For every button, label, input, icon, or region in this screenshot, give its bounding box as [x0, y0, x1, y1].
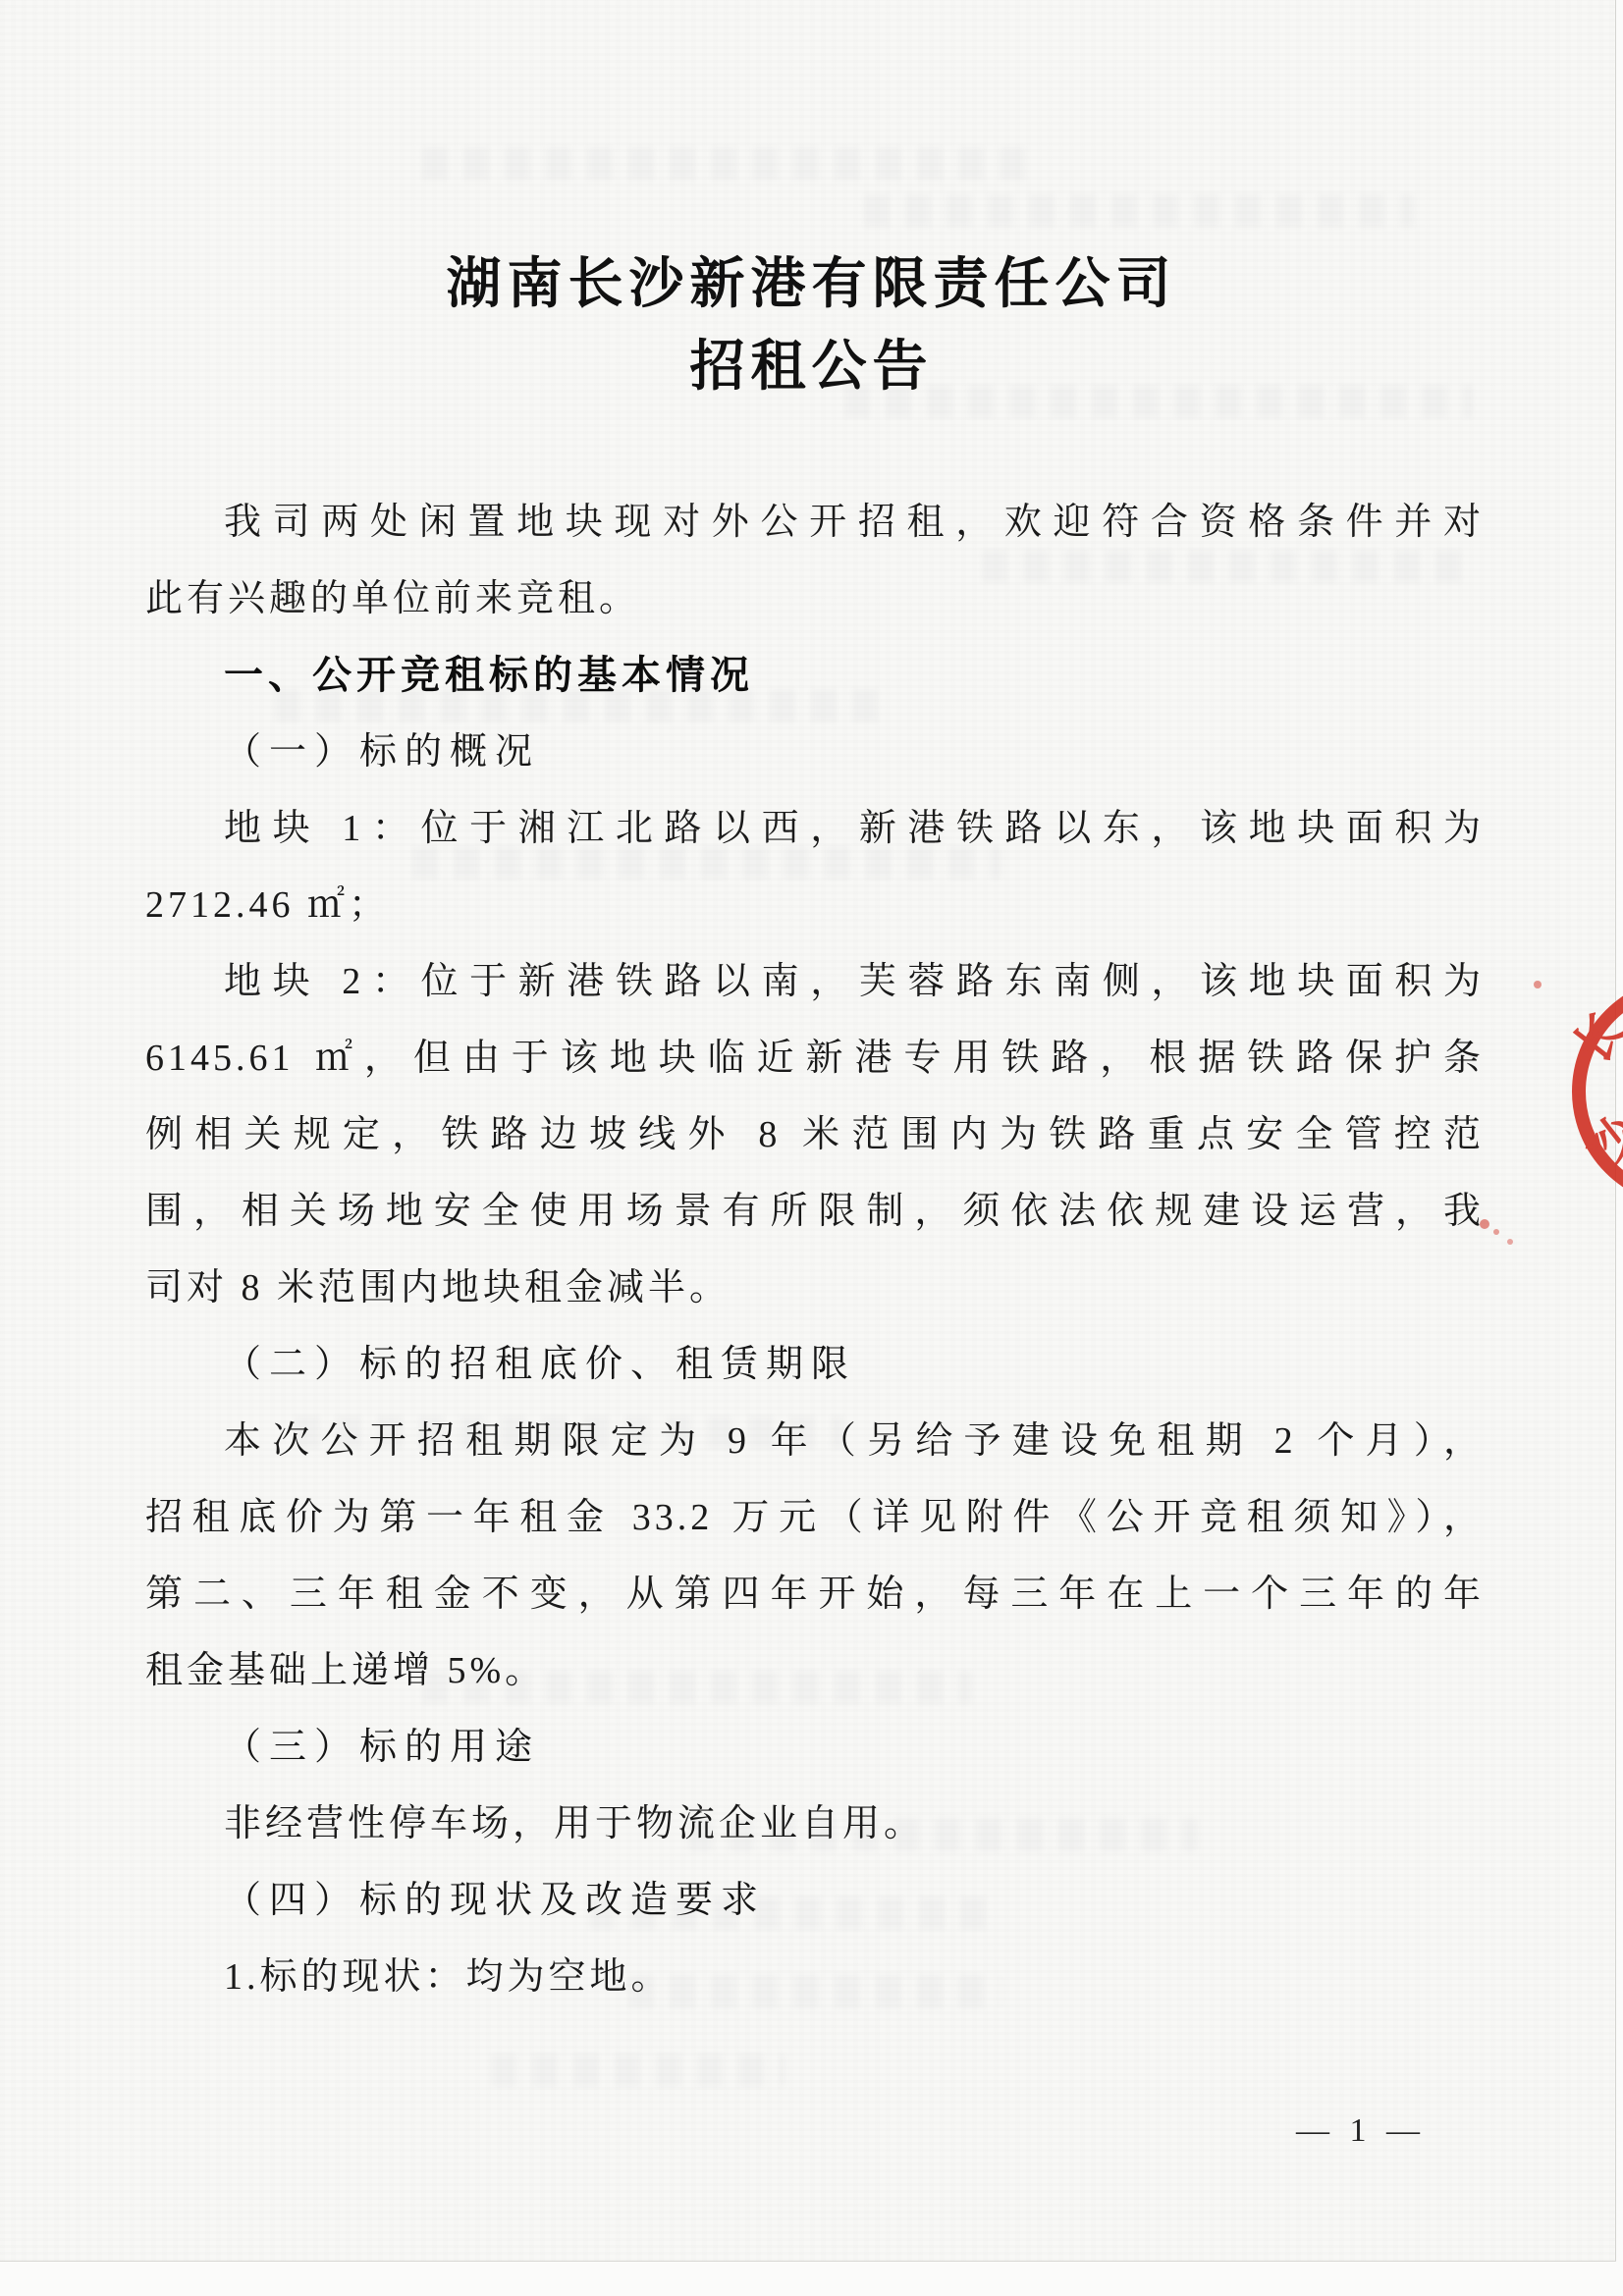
title-line-2: 招租公告 [0, 326, 1623, 408]
bleed-through-artifact [491, 2054, 785, 2087]
document-body: 我司两处闲置地块现对外公开招租，欢迎符合资格条件并对 此有兴趣的单位前来竞租。 … [145, 484, 1485, 2015]
sub-heading: （二）标的招租底价、租赁期限 [145, 1326, 1485, 1403]
document-page: 湖南长沙新港有限责任公司 招租公告 我司两处闲置地块现对外公开招租，欢迎符合资格… [0, 0, 1623, 2296]
doc-line: 例相关规定，铁路边坡线外 8 米范围内为铁路重点安全管控范 [145, 1096, 1485, 1173]
page-number: — 1 — [1296, 2112, 1426, 2150]
scan-page-edge [0, 2261, 1616, 2262]
svg-text:长: 长 [1564, 1001, 1623, 1074]
doc-line: 招租底价为第一年租金 33.2 万元（详见附件《公开竞租须知》）， [145, 1479, 1485, 1556]
doc-line: 我司两处闲置地块现对外公开招租，欢迎符合资格条件并对 [145, 484, 1485, 561]
sub-heading: （四）标的现状及改造要求 [145, 1862, 1485, 1939]
doc-line: 围，相关场地安全使用场景有所限制，须依法依规建设运营，我 [145, 1173, 1485, 1250]
sub-heading: （三）标的用途 [145, 1709, 1485, 1786]
sub-heading: （一）标的概况 [145, 714, 1485, 790]
doc-line: 非经营性停车场，用于物流企业自用。 [145, 1786, 1485, 1862]
title-line-1: 湖南长沙新港有限责任公司 [0, 243, 1623, 326]
doc-line: 第二、三年租金不变，从第四年开始，每三年在上一个三年的年 [145, 1556, 1485, 1632]
doc-line: 本次公开招租期限定为 9 年（另给予建设免租期 2 个月）， [145, 1403, 1485, 1479]
doc-line: 此有兴趣的单位前来竞租。 [145, 561, 1485, 637]
doc-line: 地块 2：位于新港铁路以南，芙蓉路东南侧，该地块面积为 [145, 943, 1485, 1020]
bleed-through-artifact [422, 147, 1031, 181]
doc-line: 司对 8 米范围内地块租金减半。 [145, 1250, 1485, 1326]
scan-background [0, 2262, 1623, 2296]
doc-line: 租金基础上递增 5%。 [145, 1632, 1485, 1709]
doc-line: 1.标的现状：均为空地。 [145, 1939, 1485, 2015]
bleed-through-artifact [864, 194, 1414, 228]
section-heading: 一、公开竞租标的基本情况 [145, 637, 1485, 714]
doc-line: 2712.46 ㎡； [145, 867, 1485, 943]
document-title: 湖南长沙新港有限责任公司 招租公告 [0, 243, 1623, 408]
doc-line: 地块 1：位于湘江北路以西，新港铁路以东，该地块面积为 [145, 790, 1485, 867]
doc-line: 6145.61 ㎡，但由于该地块临近新港专用铁路，根据铁路保护条 [145, 1020, 1485, 1096]
